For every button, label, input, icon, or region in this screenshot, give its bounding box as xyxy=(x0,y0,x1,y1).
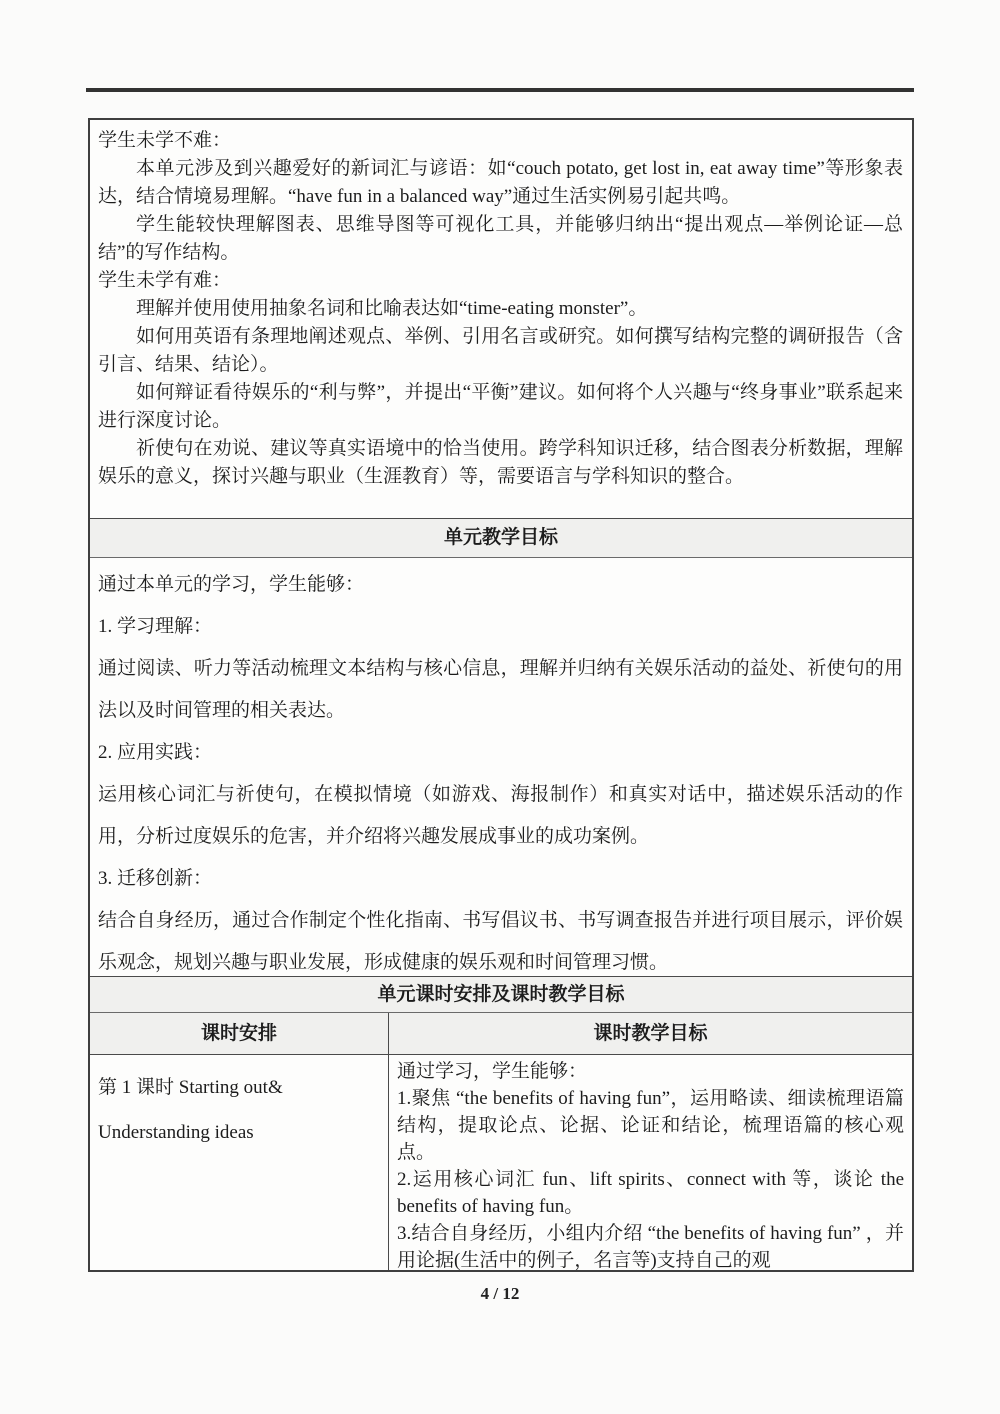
objectives-item-title: 2. 应用实践： xyxy=(98,732,903,774)
difficulty-analysis-cell: 学生未学不难： 本单元涉及到兴趣爱好的新词汇与谚语：如“couch potato… xyxy=(90,120,912,518)
difficulty-paragraph: 如何辩证看待娱乐的“利与弊”，并提出“平衡”建议。如何将个人兴趣与“终身事业”联… xyxy=(98,379,903,435)
lesson-plan-section-header: 单元课时安排及课时教学目标 xyxy=(90,976,912,1013)
objectives-paragraph: 结合自身经历，通过合作制定个性化指南、书写倡议书、书写调查报告并进行项目展示，评… xyxy=(98,900,903,976)
lesson-table-header-row: 课时安排 课时教学目标 xyxy=(90,1013,912,1055)
lesson-goal-intro: 通过学习，学生能够： xyxy=(397,1058,904,1085)
lesson-arrangement-line: Understanding ideas xyxy=(98,1110,382,1155)
objectives-item-title: 3. 迁移创新： xyxy=(98,858,903,900)
document-page: 学生未学不难： 本单元涉及到兴趣爱好的新词汇与谚语：如“couch potato… xyxy=(0,0,1000,1414)
lesson-goal-item: 1.聚焦 “the benefits of having fun”，运用略读、细… xyxy=(397,1085,904,1166)
difficulty-paragraph: 本单元涉及到兴趣爱好的新词汇与谚语：如“couch potato, get lo… xyxy=(98,155,903,211)
column-header-arrangement: 课时安排 xyxy=(90,1013,389,1054)
page-header-rule xyxy=(86,88,914,92)
difficulty-paragraph: 学生能较快理解图表、思维导图等可视化工具，并能够归纳出“提出观点—举例论证—总结… xyxy=(98,211,903,267)
unit-objectives-section-header: 单元教学目标 xyxy=(90,518,912,558)
objectives-paragraph: 通过阅读、听力等活动梳理文本结构与核心信息，理解并归纳有关娱乐活动的益处、祈使句… xyxy=(98,648,903,732)
difficulty-heading-easy: 学生未学不难： xyxy=(98,127,903,155)
column-header-goals: 课时教学目标 xyxy=(389,1013,912,1054)
difficulty-paragraph: 如何用英语有条理地阐述观点、举例、引用名言或研究。如何撰写结构完整的调研报告（含… xyxy=(98,323,903,379)
page-number: 4 / 12 xyxy=(0,1284,1000,1304)
lesson-arrangement-line: 第 1 课时 Starting out& xyxy=(98,1065,382,1110)
difficulty-paragraph: 理解并使用使用抽象名词和比喻表达如“time-eating monster”。 xyxy=(98,295,903,323)
lesson-goals-cell: 通过学习，学生能够： 1.聚焦 “the benefits of having … xyxy=(389,1055,912,1270)
lesson-goal-item: 3.结合自身经历，小组内介绍 “the benefits of having f… xyxy=(397,1220,904,1270)
lesson-goal-item: 2.运用核心词汇 fun、lift spirits、connect with 等… xyxy=(397,1166,904,1220)
objectives-intro: 通过本单元的学习，学生能够： xyxy=(98,564,903,606)
unit-plan-table: 学生未学不难： 本单元涉及到兴趣爱好的新词汇与谚语：如“couch potato… xyxy=(88,118,914,1272)
objectives-paragraph: 运用核心词汇与祈使句，在模拟情境（如游戏、海报制作）和真实对话中，描述娱乐活动的… xyxy=(98,774,903,858)
lesson-arrangement-cell: 第 1 课时 Starting out& Understanding ideas xyxy=(90,1055,389,1270)
lesson-table-row: 第 1 课时 Starting out& Understanding ideas… xyxy=(90,1055,912,1270)
unit-objectives-cell: 通过本单元的学习，学生能够： 1. 学习理解： 通过阅读、听力等活动梳理文本结构… xyxy=(90,558,912,976)
difficulty-heading-hard: 学生未学有难： xyxy=(98,267,903,295)
objectives-item-title: 1. 学习理解： xyxy=(98,606,903,648)
difficulty-paragraph: 祈使句在劝说、建议等真实语境中的恰当使用。跨学科知识迁移，结合图表分析数据，理解… xyxy=(98,435,903,491)
